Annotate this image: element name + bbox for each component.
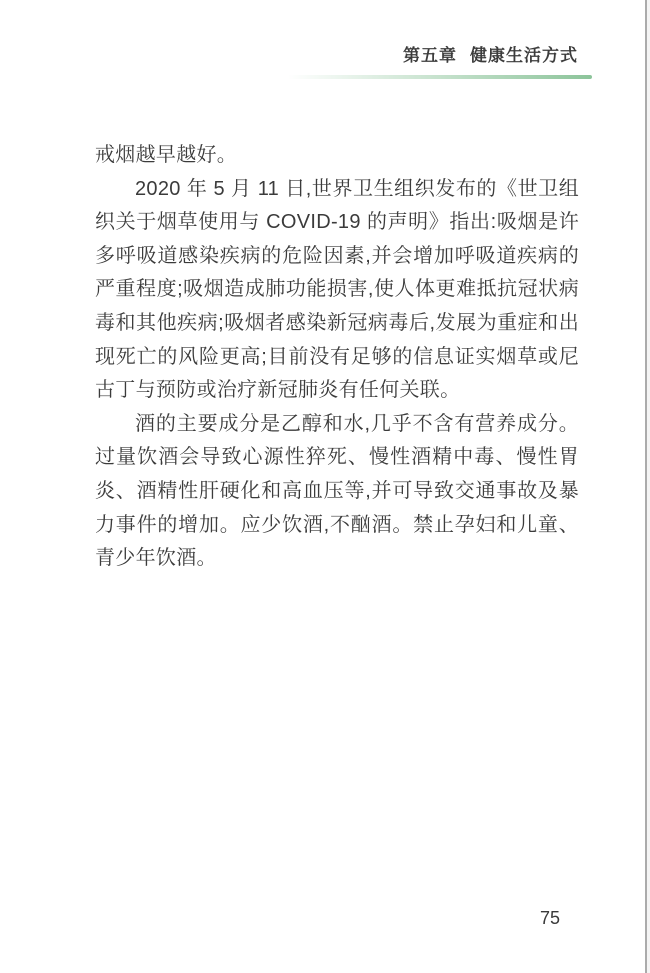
chapter-label: 第五章 — [403, 41, 457, 66]
header-accent-bar — [288, 75, 592, 79]
chapter-title: 健康生活方式 — [470, 41, 578, 66]
paragraph: 2020 年 5 月 11 日,世界卫生组织发布的《世卫组织关于烟草使用与 CO… — [95, 173, 579, 408]
page-edge-line — [645, 0, 647, 973]
page-number: 75 — [520, 908, 580, 929]
body-text: 戒烟越早越好。2020 年 5 月 11 日,世界卫生组织发布的《世卫组织关于烟… — [95, 139, 579, 576]
paragraph: 戒烟越早越好。 — [95, 139, 579, 173]
running-header: 第五章 健康生活方式 — [403, 41, 578, 66]
document-page: 第五章 健康生活方式 戒烟越早越好。2020 年 5 月 11 日,世界卫生组织… — [0, 0, 650, 973]
paragraph: 酒的主要成分是乙醇和水,几乎不含有营养成分。过量饮酒会导致心源性猝死、慢性酒精中… — [95, 408, 579, 576]
